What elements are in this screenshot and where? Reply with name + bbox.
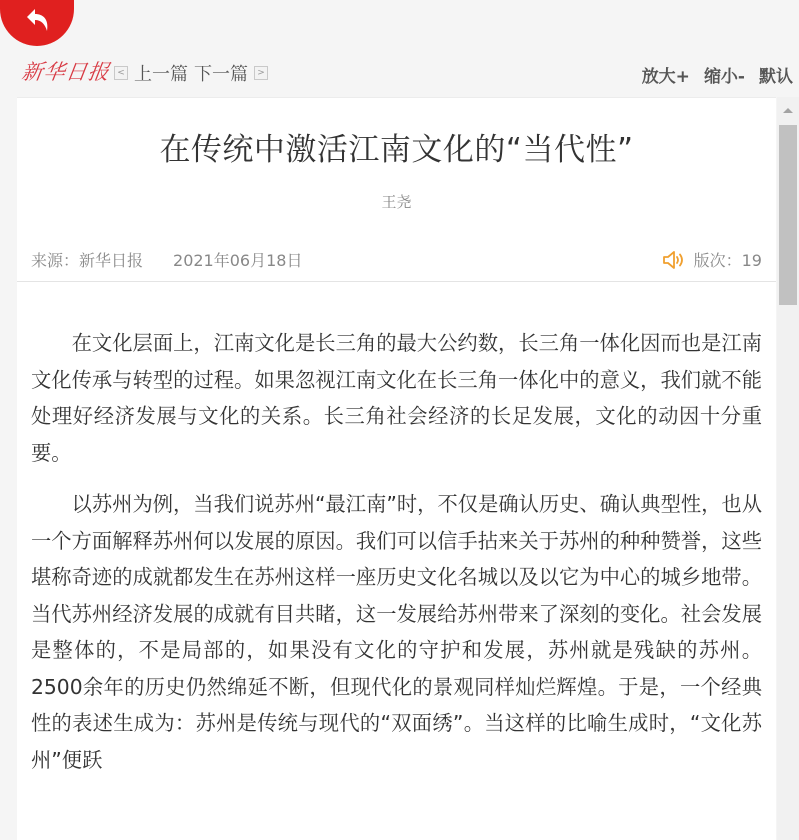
article-author: 王尧 bbox=[17, 191, 776, 212]
top-bar: 新华日报 < 上一篇 下一篇 > 放大+ 缩小- 默认 bbox=[0, 52, 799, 96]
speaker-icon[interactable] bbox=[662, 250, 686, 270]
back-button[interactable] bbox=[0, 0, 74, 46]
next-article-link[interactable]: 下一篇 bbox=[194, 60, 248, 86]
article-page: 新华日报 < 上一篇 下一篇 > 放大+ 缩小- 默认 在传统中激活江南文化的“… bbox=[0, 0, 799, 840]
article-body: 在文化层面上，江南文化是长三角的最大公约数，长三角一体化因而也是江南文化传承与转… bbox=[31, 325, 762, 793]
scrollbar-thumb[interactable] bbox=[779, 125, 797, 305]
back-arrow-icon bbox=[21, 7, 53, 35]
article-nav: < 上一篇 下一篇 > bbox=[114, 60, 268, 86]
article-date: 2021年06月18日 bbox=[173, 248, 302, 271]
chevron-right-icon[interactable]: > bbox=[254, 66, 268, 80]
article-panel: 在传统中激活江南文化的“当代性” 王尧 来源：新华日报 2021年06月18日 … bbox=[17, 97, 776, 840]
vertical-scrollbar[interactable] bbox=[777, 97, 799, 840]
font-size-tools: 放大+ 缩小- 默认 bbox=[642, 62, 793, 87]
default-font-button[interactable]: 默认 bbox=[759, 62, 793, 87]
shrink-font-button[interactable]: 缩小- bbox=[704, 62, 745, 87]
enlarge-font-button[interactable]: 放大+ bbox=[642, 62, 690, 87]
paragraph: 在文化层面上，江南文化是长三角的最大公约数，长三角一体化因而也是江南文化传承与转… bbox=[31, 325, 762, 471]
newspaper-logo[interactable]: 新华日报 bbox=[20, 56, 112, 86]
paragraph: 以苏州为例，当我们说苏州“最江南”时，不仅是确认历史、确认典型性，也从一个方面解… bbox=[31, 486, 762, 778]
article-source: 来源：新华日报 bbox=[31, 248, 143, 271]
chevron-left-icon[interactable]: < bbox=[114, 66, 128, 80]
article-title: 在传统中激活江南文化的“当代性” bbox=[17, 124, 776, 169]
article-meta: 来源：新华日报 2021年06月18日 版次：19 bbox=[31, 248, 762, 271]
page-number: 版次：19 bbox=[694, 248, 762, 271]
scroll-up-arrow-icon[interactable] bbox=[777, 97, 799, 123]
prev-article-link[interactable]: 上一篇 bbox=[134, 60, 188, 86]
meta-right: 版次：19 bbox=[662, 248, 762, 271]
meta-divider bbox=[17, 281, 776, 282]
